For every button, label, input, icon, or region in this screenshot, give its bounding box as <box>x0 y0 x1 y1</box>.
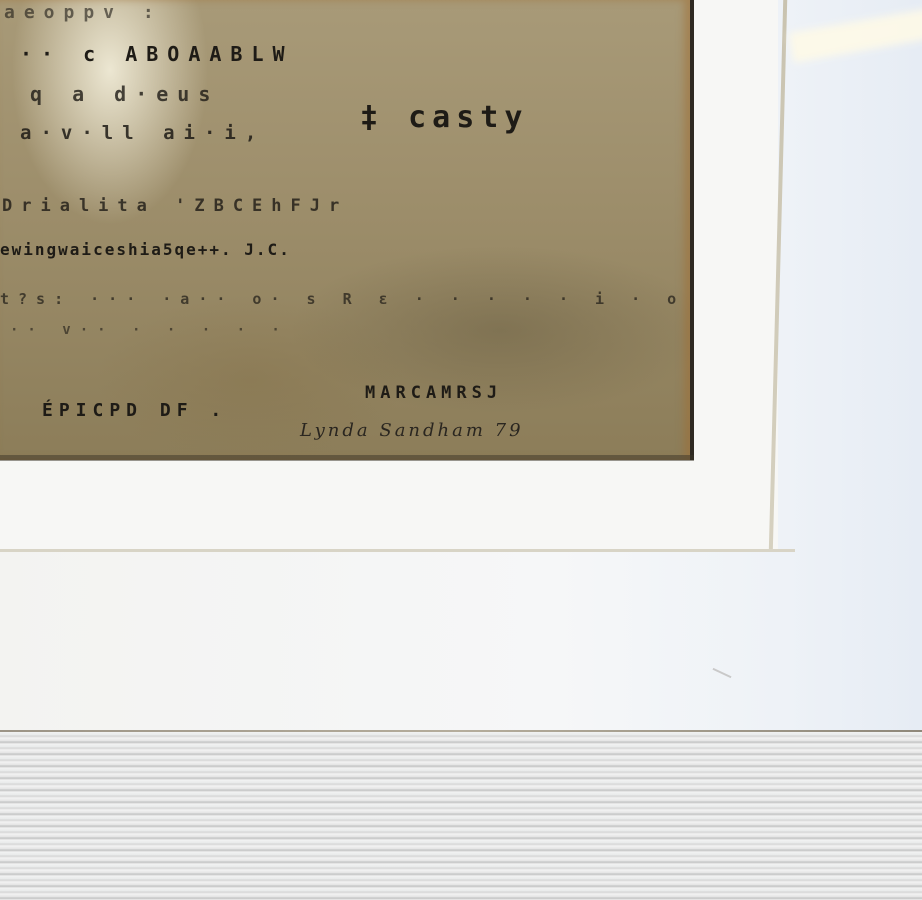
mat-bevel-horizontal <box>0 549 795 552</box>
text-line: Drialita 'ZBCEhFJr <box>2 196 348 216</box>
artwork-edge-shadow <box>0 455 694 461</box>
text-line: ÉPICPD DF . <box>42 400 227 421</box>
text-line: MARCAMRSJ <box>365 383 502 403</box>
text-line: ·· c ABOAABLW <box>20 42 294 66</box>
annotation: ‡ casty <box>360 100 528 135</box>
artwork-paper: aeoppv : ·· c ABOAABLW q a d·eus a·v·ll … <box>0 0 694 460</box>
wooden-frame <box>0 732 922 900</box>
text-line: t?s: ··· ·a·· o· s R ε · · · · · i · o <box>0 290 685 308</box>
artist-signature: Lynda Sandham 79 <box>300 420 524 441</box>
text-line: ·· v·· · · · · · <box>10 322 289 338</box>
text-line: ewingwaiceshia5qe++. J.C. <box>0 240 291 259</box>
text-line: a·v·ll ai·i, <box>20 122 265 144</box>
text-line: q a d·eus <box>30 82 219 106</box>
text-line: aeoppv : <box>4 2 163 23</box>
